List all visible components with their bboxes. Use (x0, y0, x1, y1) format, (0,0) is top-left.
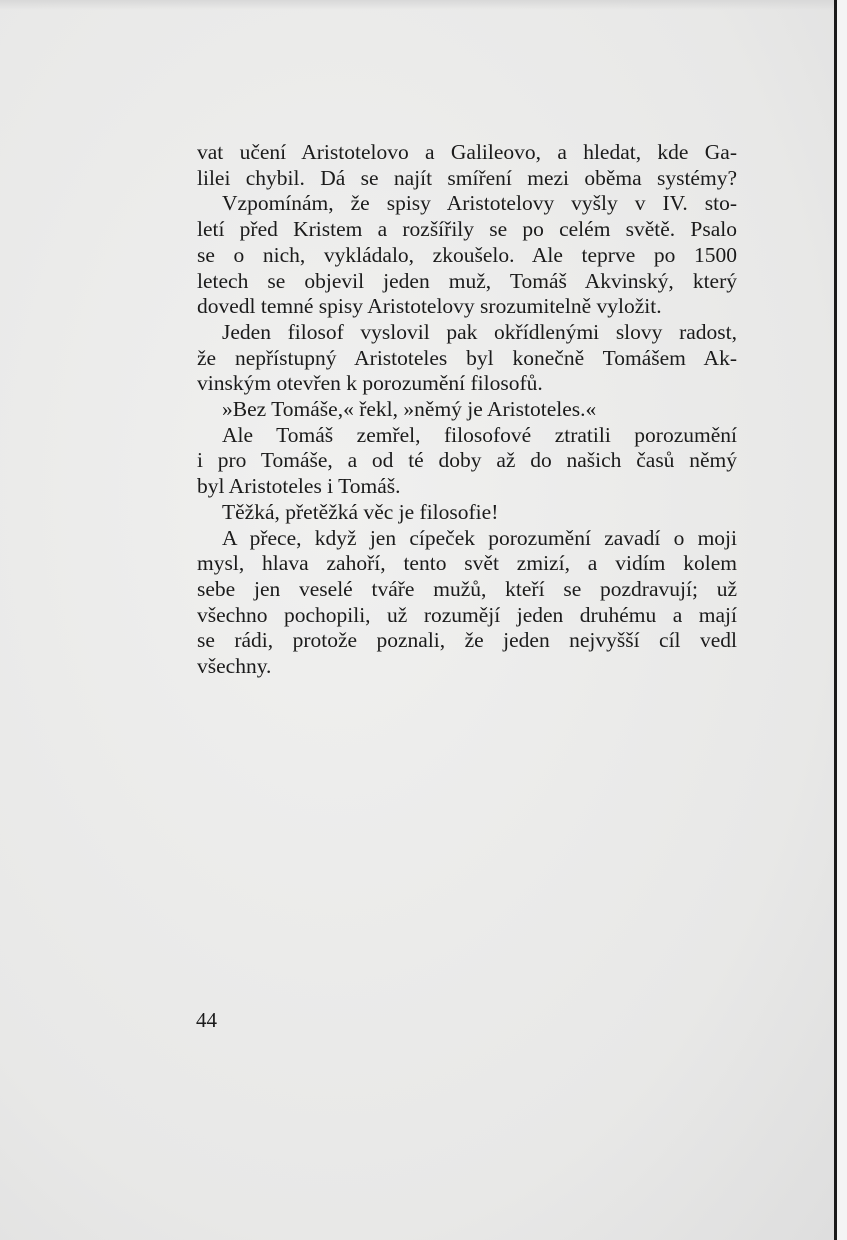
text-line: se o nich, vykládalo, zkoušelo. Ale tepr… (197, 243, 737, 269)
text-line: byl Aristoteles i Tomáš. (197, 474, 737, 500)
text-line: vat učení Aristotelovo a Galileovo, a hl… (197, 140, 737, 166)
body-text: vat učení Aristotelovo a Galileovo, a hl… (197, 140, 737, 680)
text-line: všechny. (197, 654, 737, 680)
text-line: »Bez Tomáše,« řekl, »němý je Aristoteles… (197, 397, 737, 423)
text-line: dovedl temné spisy Aristotelovy srozumit… (197, 294, 737, 320)
text-line: letí před Kristem a rozšířily se po celé… (197, 217, 737, 243)
text-line: Těžká, přetěžká věc je filosofie! (197, 500, 737, 526)
text-line: Ale Tomáš zemřel, filosofové ztratili po… (197, 423, 737, 449)
text-line: letech se objevil jeden muž, Tomáš Akvin… (197, 269, 737, 295)
scan-margin (837, 0, 847, 1240)
text-line: se rádi, protože poznali, že jeden nejvy… (197, 628, 737, 654)
text-line: všechno pochopili, už rozumějí jeden dru… (197, 603, 737, 629)
text-line: že nepřístupný Aristoteles byl konečně T… (197, 346, 737, 372)
text-line: i pro Tomáše, a od té doby až do našich … (197, 448, 737, 474)
text-line: Vzpomínám, že spisy Aristotelovy vyšly v… (197, 191, 737, 217)
text-line: vinským otevřen k porozumění filosofů. (197, 371, 737, 397)
text-line: sebe jen veselé tváře mužů, kteří se poz… (197, 577, 737, 603)
page-top-shadow (0, 0, 834, 10)
text-line: A přece, když jen cípeček porozumění zav… (197, 526, 737, 552)
text-line: mysl, hlava zahoří, tento svět zmizí, a … (197, 551, 737, 577)
text-line: lilei chybil. Dá se najít smíření mezi o… (197, 166, 737, 192)
page-number: 44 (196, 1008, 217, 1033)
text-line: Jeden filosof vyslovil pak okřídlenými s… (197, 320, 737, 346)
